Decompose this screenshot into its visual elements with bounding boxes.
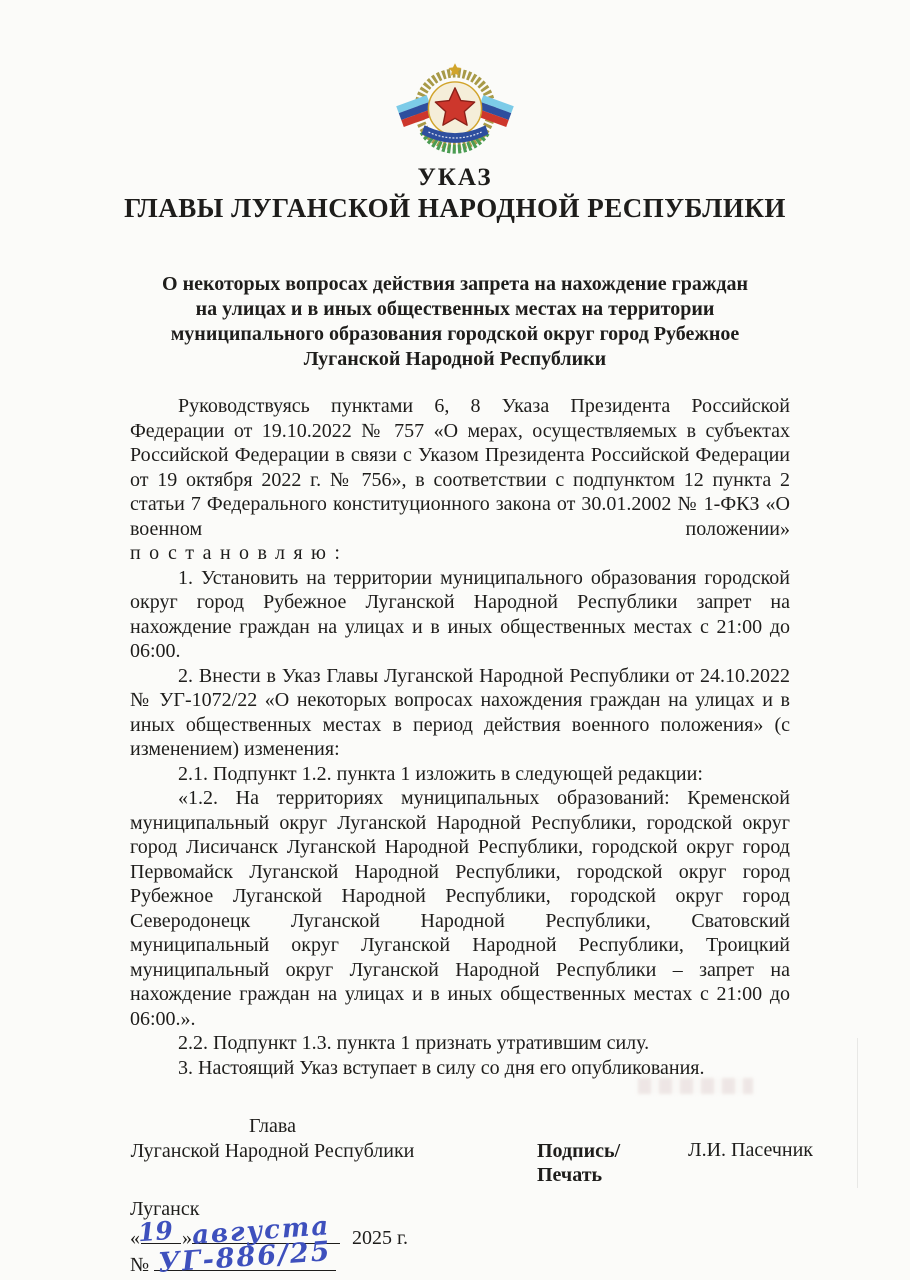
issuance-block: Луганск «19»августа2025 г. №УГ-886/25 [130,1198,790,1279]
subject-line: Луганской Народной Республики [0,347,910,372]
stamp-note-line2: Печать [537,1163,620,1187]
scan-bleedthrough-artifact [638,1078,753,1094]
signatory-name: Л.И. Пасечник [688,1139,813,1162]
document-content: Руководствуясь пунктами 6, 8 Указа Прези… [130,394,790,1279]
body-paragraph-2-1: 2.1. Подпункт 1.2. пункта 1 изложить в с… [130,762,790,787]
scan-fold-line-artifact [857,1038,858,1188]
close-quote: » [182,1227,192,1249]
issuance-city: Луганск [130,1198,790,1225]
signature-stamp-note: Подпись/ Печать [537,1139,620,1187]
issuance-number-line: №УГ-886/25 [130,1252,790,1279]
body-paragraph-1: 1. Установить на территории муниципально… [130,566,790,664]
issuance-year: 2025 г. [352,1227,408,1249]
issuance-date-line: «19»августа2025 г. [130,1225,790,1252]
document-type-title: УКАЗ [0,164,910,192]
number-sign: № [130,1254,149,1276]
signature-block: Глава Луганской Народной Республики Подп… [130,1114,790,1184]
signatory-post: Глава Луганской Народной Республики [130,1114,415,1164]
subject-line: О некоторых вопросах действия запрета на… [0,272,910,297]
month-blank: августа [192,1225,340,1244]
decree-subject: О некоторых вопросах действия запрета на… [0,272,910,372]
signatory-post-line1: Глава [130,1114,415,1139]
preamble-paragraph: Руководствуясь пунктами 6, 8 Указа Прези… [130,394,790,541]
emblem-svg [396,62,514,154]
decree-word: постановляю: [130,541,790,566]
lnr-coat-of-arms-icon [0,62,910,154]
day-blank: 19 [141,1225,181,1244]
body-paragraph-3: 3. Настоящий Указ вступает в силу со дня… [130,1056,790,1081]
body-paragraph-2: 2. Внести в Указ Главы Луганской Народно… [130,664,790,762]
stamp-note-line1: Подпись/ [537,1139,620,1163]
subject-line: муниципального образования городской окр… [0,322,910,347]
issuing-authority-title: ГЛАВЫ ЛУГАНСКОЙ НАРОДНОЙ РЕСПУБЛИКИ [0,193,910,224]
body-paragraph-2-2: 2.2. Подпункт 1.3. пункта 1 признать утр… [130,1031,790,1056]
open-quote: « [130,1227,140,1249]
decree-body: Руководствуясь пунктами 6, 8 Указа Прези… [130,394,790,1080]
signatory-post-line2: Луганской Народной Республики [130,1139,415,1164]
number-blank: УГ-886/25 [154,1252,336,1271]
document-header: УКАЗ ГЛАВЫ ЛУГАНСКОЙ НАРОДНОЙ РЕСПУБЛИКИ… [0,0,910,372]
document-page: УКАЗ ГЛАВЫ ЛУГАНСКОЙ НАРОДНОЙ РЕСПУБЛИКИ… [0,0,910,1280]
subject-line: на улицах и в иных общественных местах н… [0,297,910,322]
body-paragraph-1-2-new: «1.2. На территориях муниципальных образ… [130,786,790,1031]
